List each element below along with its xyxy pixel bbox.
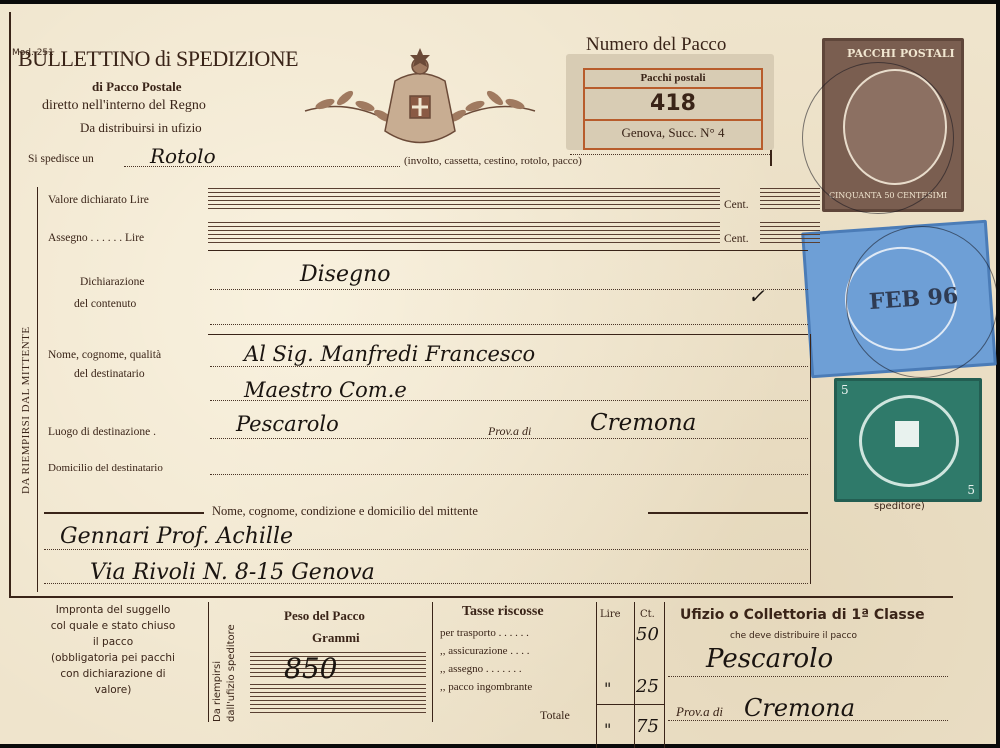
ships-label: Si spedisce un bbox=[28, 153, 94, 165]
cod-field[interactable] bbox=[208, 222, 720, 244]
stamp-value: 5 bbox=[841, 383, 849, 397]
fees-heading: Tasse riscosse bbox=[462, 604, 544, 620]
left-border bbox=[9, 12, 11, 597]
sender-rule-right bbox=[648, 512, 808, 514]
seal-line: col quale e stato chiuso bbox=[18, 618, 208, 634]
weight-heading: Peso del Pacco bbox=[284, 608, 365, 624]
seal-line: Impronta del suggello bbox=[18, 602, 208, 618]
right-divider bbox=[810, 334, 811, 584]
declared-value-label: Valore dichiarato Lire bbox=[48, 194, 149, 206]
sender-rule-left bbox=[44, 512, 204, 514]
total-rule bbox=[596, 704, 664, 705]
sender-vertical-label: DA RIEMPIRSI DAL MITTENTE bbox=[20, 326, 32, 494]
ships-value: Rotolo bbox=[150, 144, 216, 168]
fees-list: per trasporto . . . . . . ,, assicurazio… bbox=[440, 624, 532, 696]
fee-cod: ,, assegno . . . . . . . bbox=[440, 660, 532, 678]
stamp-value-2: 5 bbox=[967, 483, 975, 497]
cent-label-2: Cent. bbox=[724, 233, 749, 245]
domicile-line bbox=[210, 474, 808, 475]
cross-shield-icon bbox=[895, 421, 919, 447]
recipient-line-1 bbox=[210, 366, 808, 367]
cod-cent-field[interactable] bbox=[760, 222, 820, 244]
contents-label: Dichiarazione bbox=[80, 276, 145, 288]
coat-of-arms-icon bbox=[295, 36, 545, 156]
office-heading: Ufizio o Collettoria di 1ª Classe bbox=[680, 607, 925, 623]
bottom-divider-v2 bbox=[432, 602, 433, 722]
total-lire: " bbox=[604, 720, 611, 739]
parcel-number-heading: Numero del Pacco bbox=[586, 34, 726, 56]
ships-options: (involto, cassetta, cestino, rotolo, pac… bbox=[404, 155, 582, 167]
check-mark-icon: ✓ bbox=[748, 284, 765, 308]
total-ct: 75 bbox=[636, 716, 659, 737]
office-fill-label-2: dall'ufizio speditore bbox=[226, 624, 237, 722]
sender-value: Gennari Prof. Achille bbox=[60, 524, 293, 549]
destination-label: Luogo di destinazione . bbox=[48, 426, 156, 438]
declared-cent-field[interactable] bbox=[760, 188, 820, 210]
contents-line-2 bbox=[210, 324, 808, 325]
recipient-value: Al Sig. Manfredi Francesco bbox=[244, 342, 535, 366]
stamp-poste-italiane-5: 5 5 bbox=[834, 378, 982, 502]
contents-value: Disegno bbox=[300, 262, 390, 287]
domicile-label: Domicilio del destinatario bbox=[48, 462, 163, 474]
office-line-1 bbox=[668, 676, 948, 677]
form-subtitle-3: Da distribuirsi in ufizio bbox=[80, 120, 202, 136]
total-label: Totale bbox=[540, 708, 570, 723]
label-number: 418 bbox=[585, 89, 761, 121]
form-subtitle-2: diretto nell'interno del Regno bbox=[42, 98, 206, 114]
form-subtitle: di Pacco Postale bbox=[92, 79, 182, 95]
bottom-divider-v1 bbox=[208, 602, 209, 722]
ct-col-right bbox=[664, 602, 665, 748]
destination-value: Pescarolo bbox=[236, 412, 339, 436]
postmark-2-icon bbox=[846, 226, 998, 378]
stamp-top-text: PACCHI POSTALI bbox=[847, 47, 955, 60]
office-fill-label: Da riempirsi bbox=[212, 661, 223, 722]
divider-2 bbox=[208, 334, 808, 335]
divider bbox=[208, 250, 808, 251]
seal-line: (obbligatoria pei pacchi bbox=[18, 650, 208, 666]
col-lire-header: Lire bbox=[600, 609, 621, 620]
office-prov-value: Cremona bbox=[744, 694, 855, 722]
col-ct-header: Ct. bbox=[640, 609, 655, 620]
cent-label: Cent. bbox=[724, 199, 749, 211]
office-prov-label: Prov.a di bbox=[676, 704, 723, 720]
recipient-label: Nome, cognome, qualità bbox=[48, 349, 161, 361]
contents-line-1 bbox=[210, 289, 808, 290]
sender-line-1 bbox=[44, 549, 808, 550]
sender-value-2: Via Rivoli N. 8-15 Genova bbox=[90, 560, 375, 585]
province-value: Cremona bbox=[590, 410, 696, 436]
sender-heading: Nome, cognome, condizione e domicilio de… bbox=[212, 504, 478, 519]
parcel-label: Pacchi postali 418 Genova, Succ. N° 4 bbox=[566, 54, 774, 150]
office-subheading: che deve distribuire il pacco bbox=[730, 631, 857, 641]
lire-col-left bbox=[596, 602, 597, 748]
fee-bulky: ,, pacco ingombrante bbox=[440, 678, 532, 696]
weight-value: 850 bbox=[284, 652, 337, 685]
fee-bulky-lire: " bbox=[604, 679, 611, 698]
office-value: Pescarolo bbox=[706, 644, 833, 674]
fee-bulky-ct: 25 bbox=[636, 676, 659, 697]
province-label: Prov.a di bbox=[488, 424, 531, 439]
form-title: BULLETTINO di SPEDIZIONE bbox=[18, 46, 298, 72]
seal-line: con dichiarazione di bbox=[18, 666, 208, 682]
postmark-icon bbox=[802, 62, 954, 214]
number-box-bottom bbox=[570, 154, 770, 155]
lire-col-right bbox=[634, 602, 635, 748]
parcel-dispatch-form: Mod. 251 BULLETTINO di SPEDIZIONE di Pac… bbox=[0, 4, 996, 744]
seal-instructions: Impronta del suggello col quale e stato … bbox=[18, 602, 208, 698]
fee-insurance: ,, assicurazione . . . . bbox=[440, 642, 532, 660]
seal-line: il pacco bbox=[18, 634, 208, 650]
recipient-label-2: del destinatario bbox=[74, 368, 145, 380]
contents-label-2: del contenuto bbox=[74, 298, 136, 310]
label-header: Pacchi postali bbox=[585, 70, 761, 89]
fee-transport: per trasporto . . . . . . bbox=[440, 624, 532, 642]
recipient-value-2: Maestro Com.e bbox=[244, 378, 407, 402]
label-office: Genova, Succ. N° 4 bbox=[585, 121, 761, 145]
seal-line: valore) bbox=[18, 682, 208, 698]
weight-unit: Grammi bbox=[312, 630, 360, 646]
bottom-divider bbox=[9, 596, 953, 598]
cod-label: Assegno . . . . . . Lire bbox=[48, 232, 144, 244]
declared-value-field[interactable] bbox=[208, 188, 720, 210]
sender-bracket bbox=[37, 187, 38, 592]
weight-field-2[interactable] bbox=[250, 684, 426, 714]
fee-transport-ct: 50 bbox=[636, 624, 659, 645]
speditore-text: speditore) bbox=[874, 501, 925, 512]
weight-field[interactable] bbox=[250, 652, 426, 678]
